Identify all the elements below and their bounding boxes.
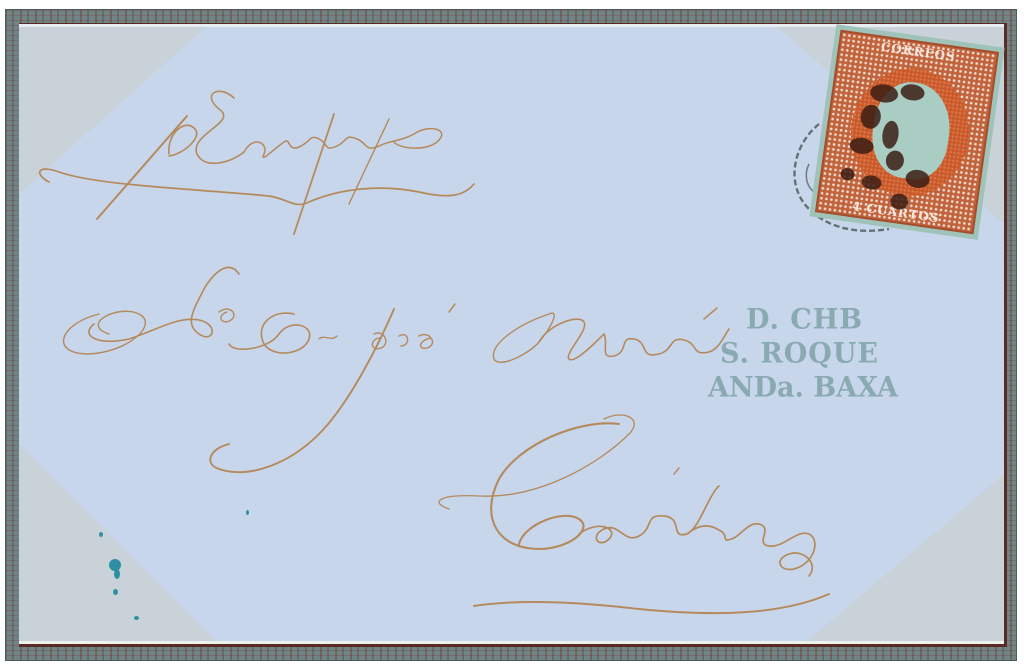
postage-stamp: CORREOS 4 CUARTOS [809,24,1004,240]
handstamp-line-3: ANDa. BAXA [708,370,908,406]
handstamp-line-2: S. ROQUE [708,336,908,372]
handstamp-line-1: D. CHB [708,302,908,338]
provenance-handstamp: D. CHB S. ROQUE ANDa. BAXA [708,303,908,405]
grill-cancel-mark [817,32,999,234]
stamp-design: CORREOS 4 CUARTOS [815,30,999,234]
